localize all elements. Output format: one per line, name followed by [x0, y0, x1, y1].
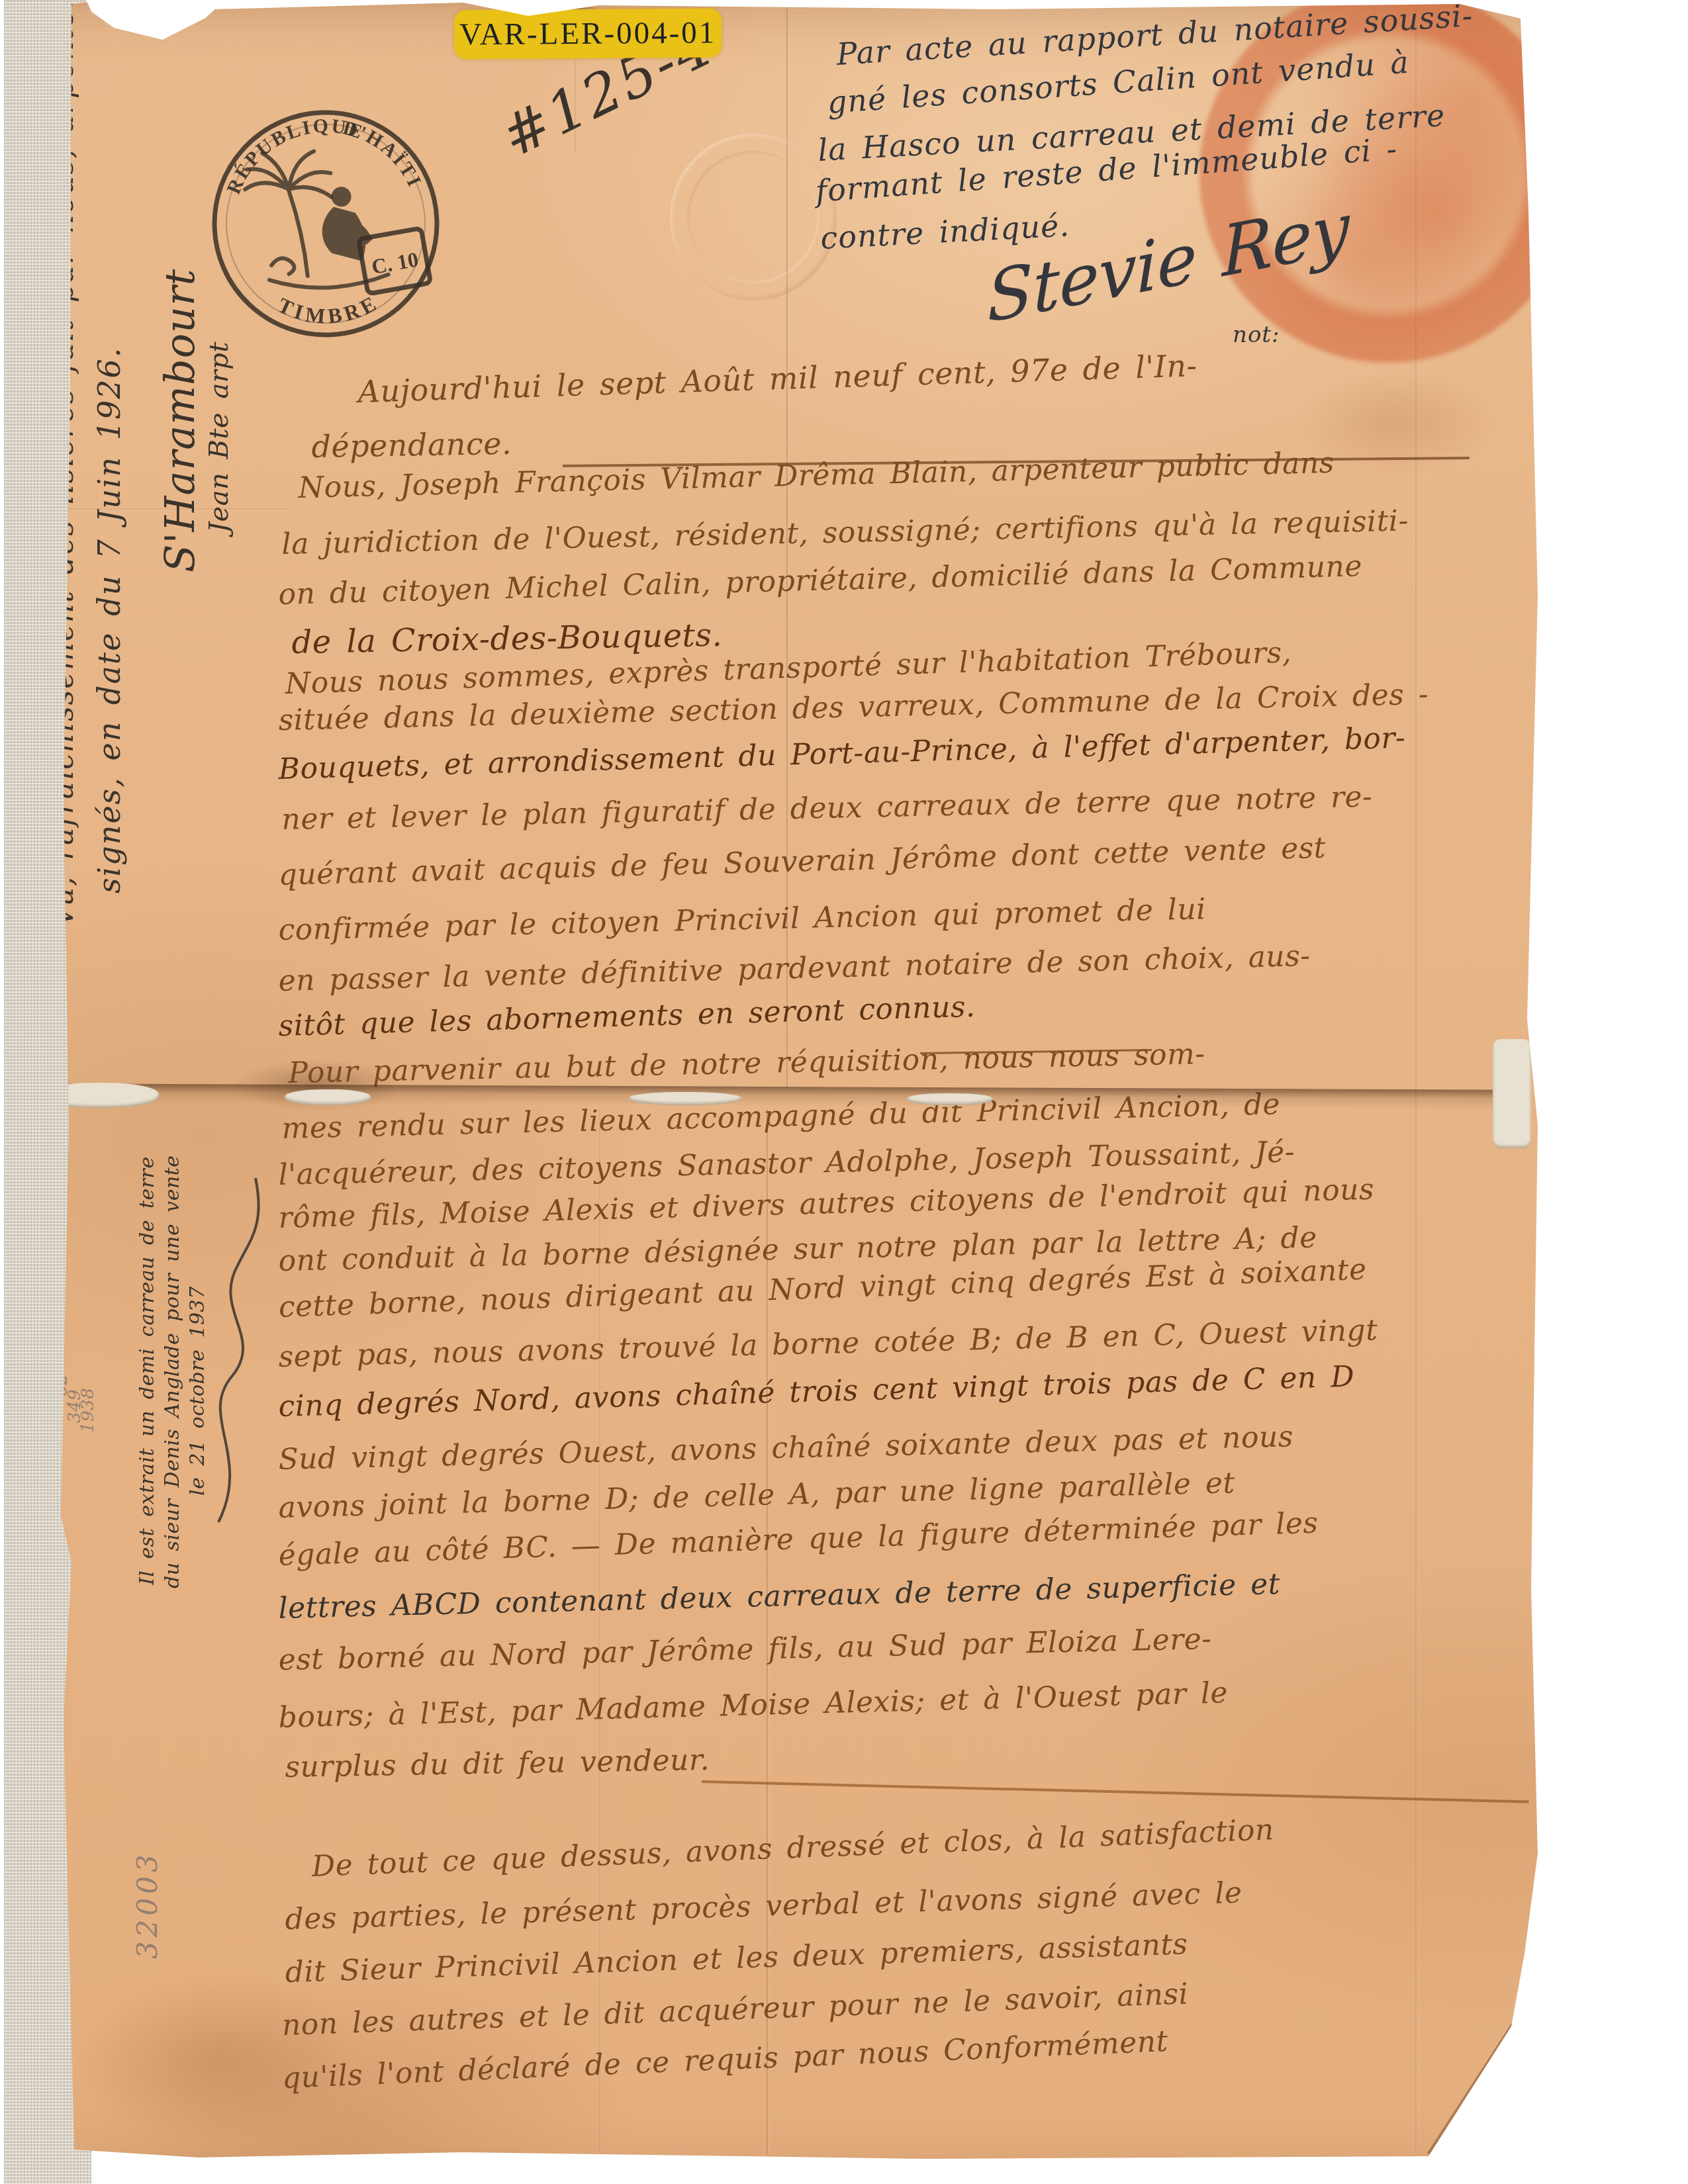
margin-ledger-number: 1938	[78, 1294, 98, 1433]
corner-fold-line	[1427, 2023, 1515, 2155]
body-line: est borné au Nord par Jérôme fils, au Su…	[278, 1622, 1212, 1677]
body-line: des parties, le présent procès verbal et…	[285, 1876, 1243, 1936]
embossed-seal	[670, 134, 837, 300]
body-line: de la Croix-des-Bouquets.	[291, 617, 723, 661]
aging-stain	[79, 1972, 357, 2144]
margin-signature-flourish	[209, 1165, 269, 1535]
scanned-document-page: RÉPUBLIQUE D'HAÏTI TIMBRE	[0, 0, 1688, 2184]
margin-pencil-number: 32003	[131, 1674, 164, 1959]
margin-signature-role: Jean Bte arpt	[204, 248, 234, 533]
margin-extract-note-line: Il est extrait un demi carreau de terre	[136, 1095, 159, 1585]
body-line: on du citoyen Michel Calin, propriétaire…	[278, 549, 1363, 612]
body-line: ner et lever le plan figuratif de deux c…	[281, 780, 1373, 837]
body-line: dit Sieur Princivil Ancion et les deux p…	[285, 1927, 1188, 1989]
margin-extract-note-line: le 21 octobre 1937	[186, 1198, 209, 1496]
body-line: De tout ce que dessus, avons dressé et c…	[311, 1813, 1275, 1884]
stamp-bottom-text: TIMBRE	[273, 289, 383, 330]
tear-backing	[629, 1092, 741, 1105]
stamp-denomination: C. 10	[369, 247, 420, 279]
notary-signature-title: not:	[1233, 322, 1280, 348]
archive-reference-text: VAR-LER-004-01	[459, 15, 717, 53]
body-line: en passer la vente définitive pardevant …	[278, 939, 1311, 998]
paper-sheet: RÉPUBLIQUE D'HAÏTI TIMBRE	[0, 0, 1688, 2184]
tear-backing	[285, 1089, 371, 1105]
body-line: dépendance.	[311, 426, 512, 465]
palm-tree-icon	[244, 149, 389, 291]
svg-text:TIMBRE: TIMBRE	[273, 289, 383, 330]
haiti-revenue-stamp: RÉPUBLIQUE D'HAÏTI TIMBRE	[203, 101, 449, 347]
archive-reference-label: VAR-LER-004-01	[454, 9, 722, 60]
embossed-seal-ring	[687, 151, 820, 283]
margin-extract-note-line: du sieur Denis Anglade pour une vente	[161, 1105, 184, 1588]
body-line: surplus du dit feu vendeur.	[285, 1743, 710, 1784]
denomination-tablet: C. 10	[358, 228, 430, 294]
body-line: Aujourd'hui le sept Août mil neuf cent, …	[357, 347, 1197, 410]
body-line: Pour parvenir au but de notre réquisitio…	[288, 1037, 1205, 1090]
tear-backing	[907, 1093, 993, 1105]
body-line: quérant avait acquis de feu Souverain Jé…	[278, 831, 1326, 892]
body-line: bours; à l'Est, par Madame Moise Alexis;…	[278, 1676, 1229, 1735]
tear-backing	[1493, 1039, 1531, 1148]
body-line: confirmée par le citoyen Princivil Ancio…	[278, 892, 1206, 947]
paper-tear	[38, 1083, 1529, 1110]
margin-signature: S'Harambourt	[156, 156, 204, 572]
margin-attestation-line: signés, en date du 7 Juin 1926.	[91, 404, 127, 893]
body-line: lettres ABCD contenant deux carreaux de …	[278, 1567, 1280, 1625]
body-line: sitôt que les abornements en seront conn…	[278, 990, 976, 1043]
ink-rule	[702, 1780, 1529, 1803]
